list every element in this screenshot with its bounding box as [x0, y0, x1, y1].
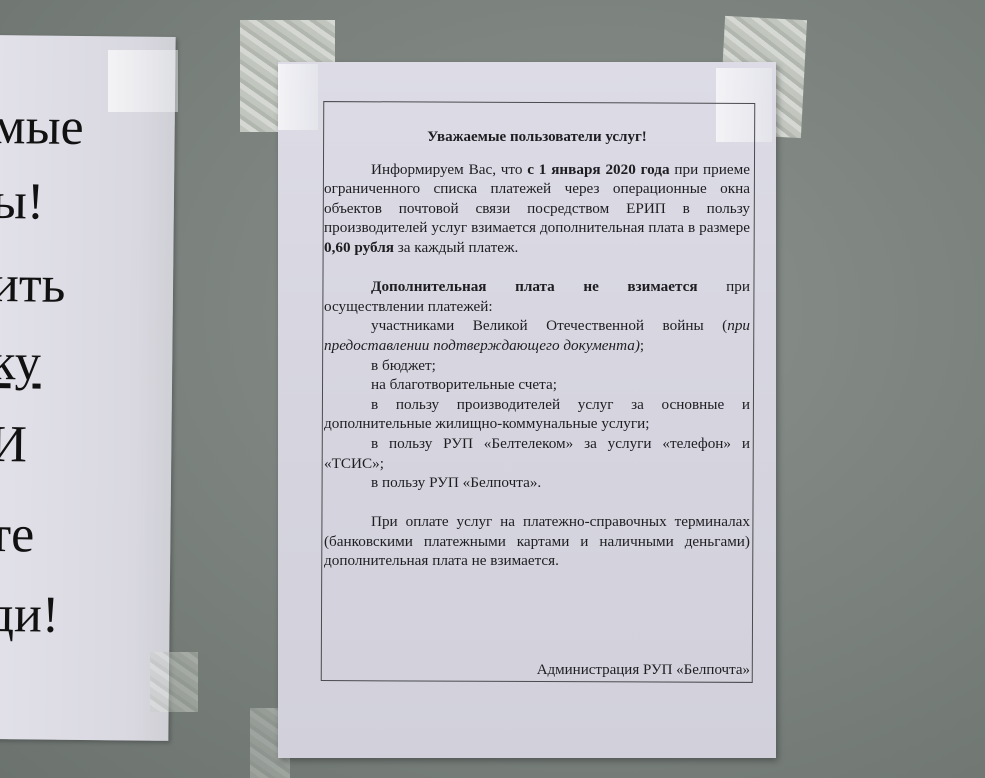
exemption-item: в пользу РУП «Белпочта».	[324, 473, 750, 493]
exemption-item: в бюджет;	[324, 356, 750, 376]
exemption-item: в пользу производителей услуг за основны…	[324, 395, 750, 434]
tape-strip	[150, 652, 198, 712]
exemption-item: в пользу РУП «Белтелеком» за услуги «тел…	[324, 434, 750, 473]
left-sheet-line: ить	[0, 255, 66, 315]
tape-strip	[278, 64, 318, 130]
left-notice-sheet: мые ы! ить ку И те ди!	[0, 35, 176, 741]
text-span: ;	[640, 337, 644, 354]
left-sheet-line: ку	[0, 333, 41, 393]
notice-body: Уважаемые пользователи услуг! Информируе…	[324, 128, 750, 571]
exemption-item: участниками Великой Отечественной войны …	[324, 316, 750, 355]
notice-sheet: Уважаемые пользователи услуг! Информируе…	[278, 62, 776, 758]
text-span: за каждый платеж.	[394, 239, 518, 256]
exempt-heading: Дополнительная плата не взимается	[371, 278, 698, 295]
notice-paragraph-exempt: Дополнительная плата не взимается при ос…	[324, 277, 750, 316]
notice-title: Уважаемые пользователи услуг!	[324, 128, 750, 148]
notice-paragraph-fee: Информируем Вас, что с 1 января 2020 год…	[324, 160, 750, 258]
fee-amount: 0,60 рубля	[324, 239, 394, 256]
exemption-item: на благотворительные счета;	[324, 375, 750, 395]
left-sheet-line: И	[0, 415, 27, 474]
notice-signature: Администрация РУП «Белпочта»	[537, 662, 750, 679]
notice-paragraph-terminals: При оплате услуг на платежно-справочных …	[324, 512, 750, 571]
left-sheet-line: мые	[0, 97, 84, 157]
text-span: участниками Великой Отечественной войны …	[371, 317, 727, 334]
tape-strip	[108, 50, 178, 112]
left-sheet-line: ди!	[0, 585, 60, 645]
effective-date: с 1 января 2020 года	[527, 161, 669, 178]
left-sheet-line: ы!	[0, 172, 45, 232]
text-span: Информируем Вас, что	[371, 161, 527, 178]
left-sheet-line: те	[0, 505, 35, 564]
